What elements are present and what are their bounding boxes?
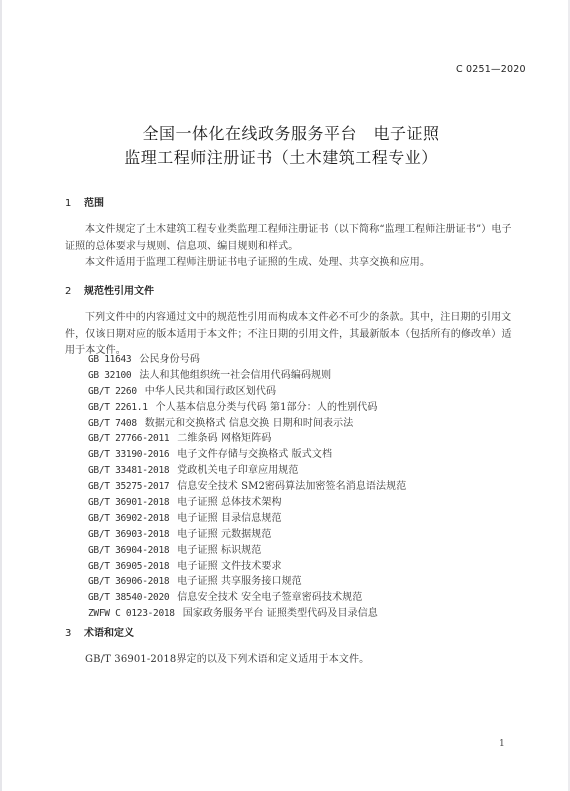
reference-title: 公民身份号码 bbox=[139, 354, 200, 365]
reference-code: GB 32100 bbox=[88, 370, 131, 381]
reference-item: GB/T 33190-2016电子文件存储与交换格式 版式文档 bbox=[88, 447, 406, 463]
reference-code: GB/T 36903-2018 bbox=[88, 529, 169, 540]
reference-title: 电子证照 共享服务接口规范 bbox=[177, 576, 301, 587]
reference-code: GB 11643 bbox=[88, 354, 131, 365]
reference-item: GB/T 33481-2018党政机关电子印章应用规范 bbox=[88, 463, 406, 479]
section-number: 2 bbox=[65, 286, 84, 297]
section-heading-terms-definitions: 3术语和定义 bbox=[65, 624, 134, 639]
page-edge-left bbox=[0, 0, 2, 791]
reference-item: GB 32100法人和其他组织统一社会信用代码编码规则 bbox=[88, 368, 406, 384]
reference-code: ZWFW C 0123-2018 bbox=[88, 608, 175, 619]
scope-paragraph-2: 本文件适用于监理工程师注册证书电子证照的生成、处理、共享交换和应用。 bbox=[65, 255, 515, 272]
reference-title: 国家政务服务平台 证照类型代码及目录信息 bbox=[183, 608, 378, 619]
reference-item: ZWFW C 0123-2018国家政务服务平台 证照类型代码及目录信息 bbox=[88, 606, 406, 622]
section-title: 术语和定义 bbox=[84, 628, 134, 639]
reference-code: GB/T 36902-2018 bbox=[88, 513, 169, 524]
reference-title: 中华人民共和国行政区划代码 bbox=[145, 386, 276, 397]
reference-code: GB/T 7408 bbox=[88, 418, 137, 429]
reference-title: 信息安全技术 SM2密码算法加密签名消息语法规范 bbox=[177, 481, 406, 492]
reference-code: GB/T 36901-2018 bbox=[88, 497, 169, 508]
reference-code: GB/T 33481-2018 bbox=[88, 465, 169, 476]
reference-item: GB/T 35275-2017信息安全技术 SM2密码算法加密签名消息语法规范 bbox=[88, 479, 406, 495]
section-title: 规范性引用文件 bbox=[84, 286, 154, 297]
reference-item: GB/T 36906-2018电子证照 共享服务接口规范 bbox=[88, 574, 406, 590]
reference-title: 二维条码 网格矩阵码 bbox=[177, 433, 271, 444]
reference-title: 数据元和交换格式 信息交换 日期和时间表示法 bbox=[145, 418, 354, 429]
reference-code: GB/T 2261.1 bbox=[88, 402, 148, 413]
document-title-line2: 监理工程师注册证书（土木建筑工程专业） bbox=[0, 145, 566, 168]
reference-list: GB 11643公民身份号码 GB 32100法人和其他组织统一社会信用代码编码… bbox=[88, 352, 406, 622]
section-number: 3 bbox=[65, 628, 84, 639]
reference-code: GB/T 36905-2018 bbox=[88, 561, 169, 572]
reference-title: 电子文件存储与交换格式 版式文档 bbox=[177, 449, 332, 460]
reference-title: 电子证照 文件技术要求 bbox=[177, 561, 281, 572]
reference-title: 信息安全技术 安全电子签章密码技术规范 bbox=[177, 592, 362, 603]
reference-title: 党政机关电子印章应用规范 bbox=[177, 465, 298, 476]
reference-code: GB/T 36906-2018 bbox=[88, 576, 169, 587]
reference-item: GB/T 27766-2011二维条码 网格矩阵码 bbox=[88, 431, 406, 447]
reference-title: 电子证照 目录信息规范 bbox=[177, 513, 281, 524]
page-number: 1 bbox=[499, 739, 505, 749]
reference-title: 电子证照 总体技术架构 bbox=[177, 497, 281, 508]
reference-item: GB/T 2261.1个人基本信息分类与代码 第1部分：人的性别代码 bbox=[88, 400, 406, 416]
section-title: 范围 bbox=[84, 198, 104, 209]
reference-item: GB/T 36902-2018电子证照 目录信息规范 bbox=[88, 511, 406, 527]
reference-title: 电子证照 标识规范 bbox=[177, 545, 261, 556]
reference-code: GB/T 33190-2016 bbox=[88, 449, 169, 460]
reference-code: GB/T 36904-2018 bbox=[88, 545, 169, 556]
reference-item: GB/T 36904-2018电子证照 标识规范 bbox=[88, 543, 406, 559]
reference-code: GB/T 27766-2011 bbox=[88, 433, 169, 444]
document-code: C 0251—2020 bbox=[456, 64, 526, 75]
document-title-line1: 全国一体化在线政务服务平台 电子证照 bbox=[6, 121, 570, 144]
section-heading-scope: 1范围 bbox=[65, 194, 104, 209]
reference-item: GB/T 38540-2020信息安全技术 安全电子签章密码技术规范 bbox=[88, 590, 406, 606]
section-heading-normative-references: 2规范性引用文件 bbox=[65, 282, 154, 297]
reference-title: 法人和其他组织统一社会信用代码编码规则 bbox=[139, 370, 331, 381]
reference-item: GB/T 36901-2018电子证照 总体技术架构 bbox=[88, 495, 406, 511]
reference-item: GB/T 36905-2018电子证照 文件技术要求 bbox=[88, 559, 406, 575]
reference-code: GB/T 38540-2020 bbox=[88, 592, 169, 603]
terms-paragraph: GB/T 36901-2018界定的以及下列术语和定义适用于本文件。 bbox=[65, 652, 515, 669]
reference-item: GB/T 36903-2018电子证照 元数据规范 bbox=[88, 527, 406, 543]
reference-code: GB/T 2260 bbox=[88, 386, 137, 397]
section-number: 1 bbox=[65, 198, 84, 209]
reference-item: GB 11643公民身份号码 bbox=[88, 352, 406, 368]
reference-item: GB/T 2260中华人民共和国行政区划代码 bbox=[88, 384, 406, 400]
scope-paragraph-1: 本文件规定了土木建筑工程专业类监理工程师注册证书（以下简称“监理工程师注册证书”… bbox=[65, 222, 515, 255]
reference-item: GB/T 7408数据元和交换格式 信息交换 日期和时间表示法 bbox=[88, 416, 406, 432]
reference-code: GB/T 35275-2017 bbox=[88, 481, 169, 492]
reference-title: 个人基本信息分类与代码 第1部分：人的性别代码 bbox=[156, 402, 378, 413]
reference-title: 电子证照 元数据规范 bbox=[177, 529, 271, 540]
